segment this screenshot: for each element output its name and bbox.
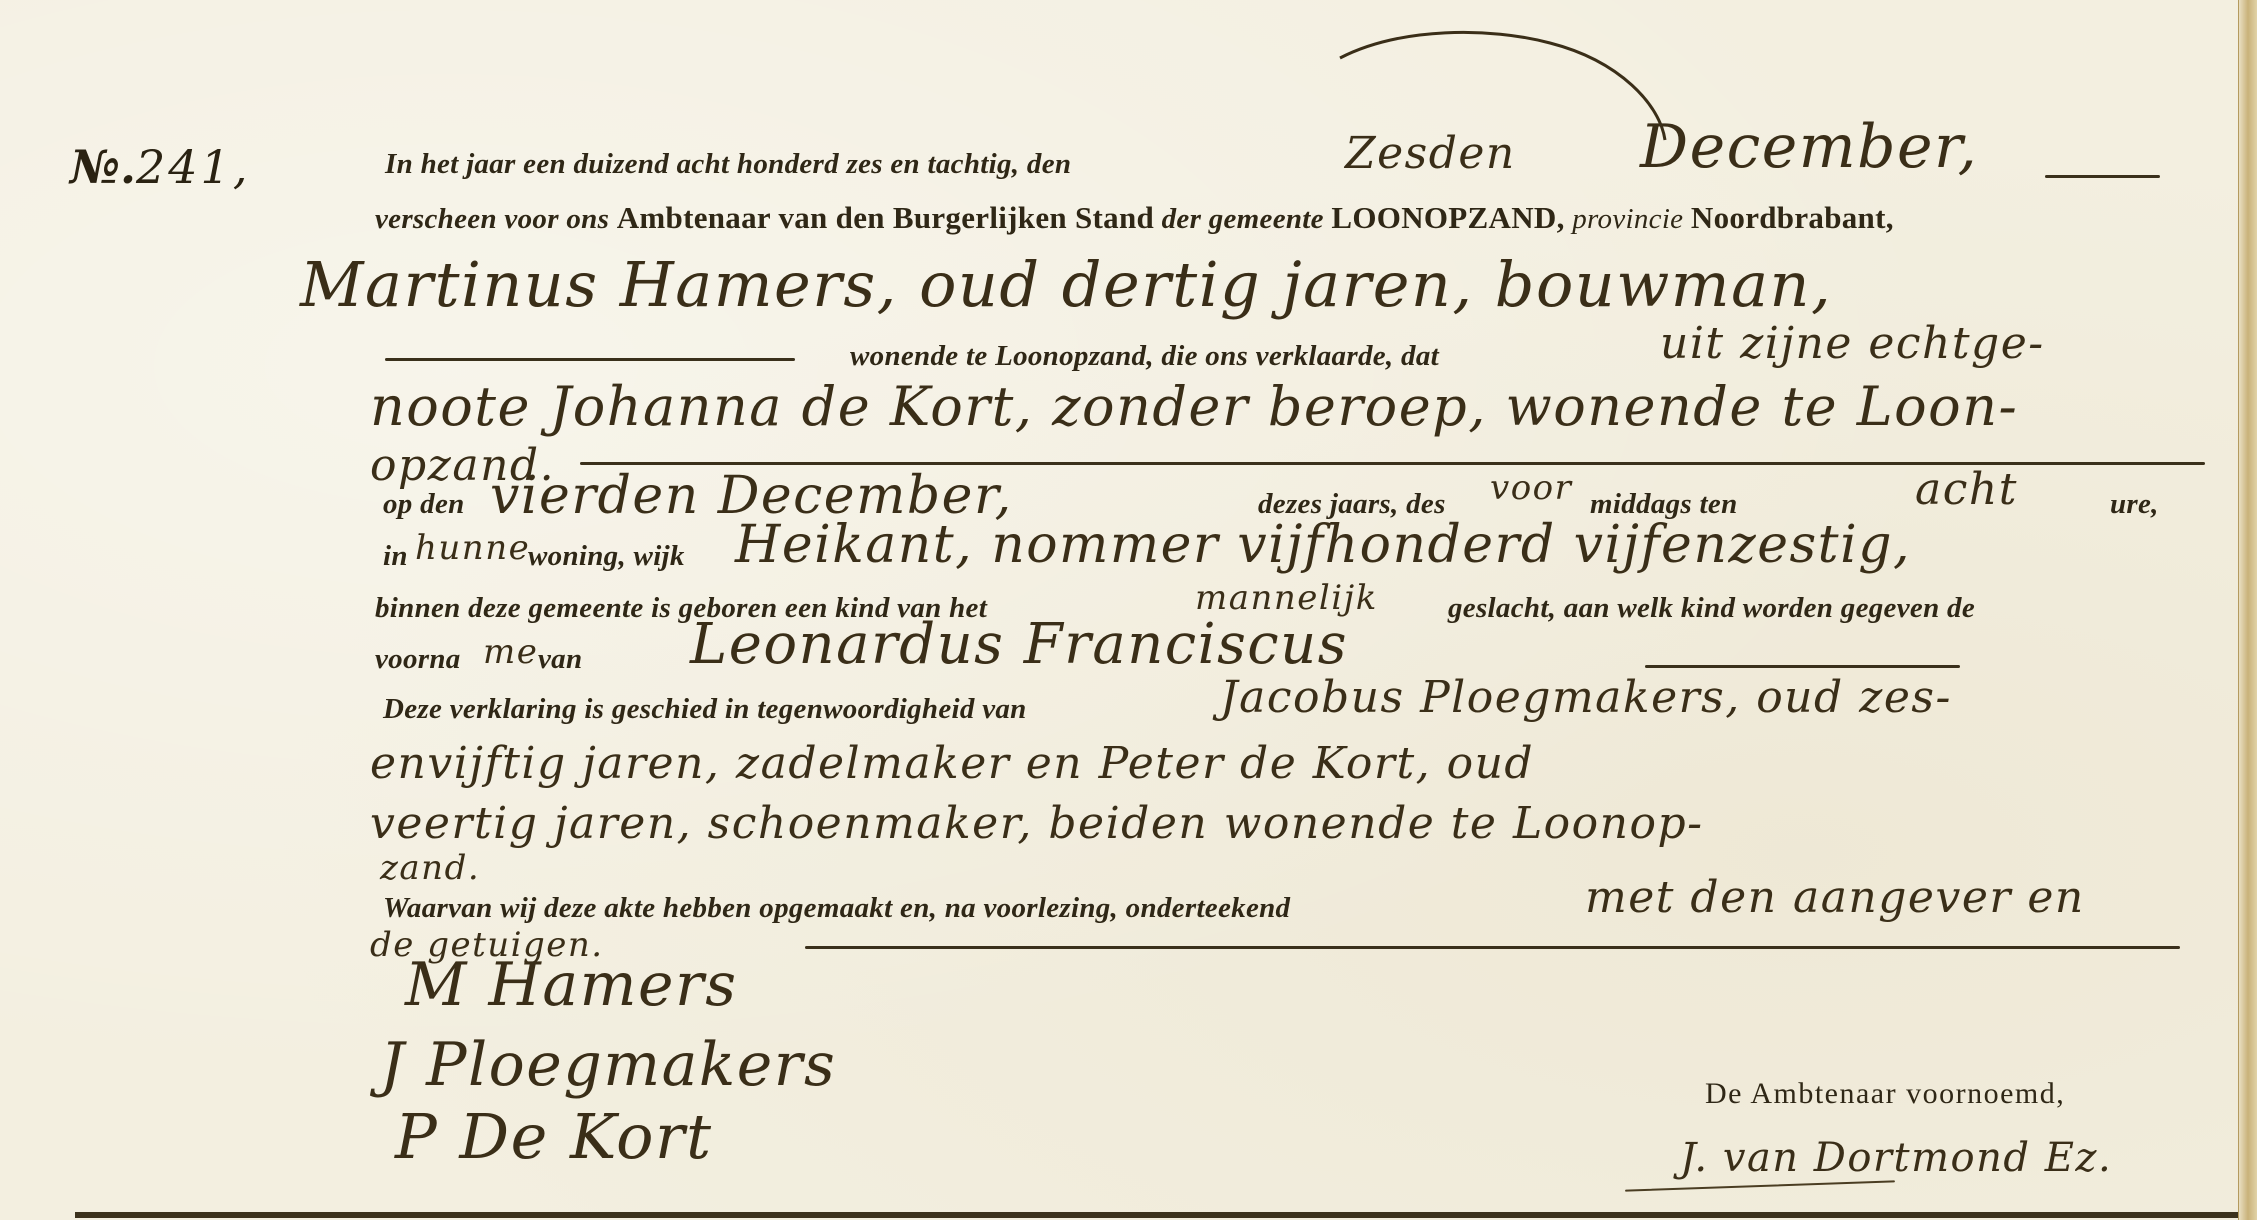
bottom-border-rule [75,1212,2240,1218]
line-15-hand: met den aangever en [1585,872,2085,923]
birth-certificate-page: №.241, In het jaar een duizend acht hond… [0,0,2257,1220]
signature-declarant: M Hamers [405,950,737,1020]
line-1-print: In het jaar een duizend acht honderd zes… [385,148,1071,181]
line-5-hand-mother: noote Johanna de Kort, zonder beroep, wo… [370,375,2018,438]
fill-rule [805,946,2180,949]
fill-rule [2045,175,2160,178]
signature-witness-1: J Ploegmakers [380,1030,836,1100]
line-13-hand: veertig jaren, schoenmaker, beiden wonen… [370,798,1704,849]
line-8-hand-a: hunne [415,528,530,568]
line-8-hand-address: Heikant, nommer vijfhonderd vijfenzestig… [735,515,1911,575]
line-2-part-b: Ambtenaar van den Burgerlijken Stand [617,200,1154,235]
fill-rule [1645,665,1960,668]
line-12-hand: envijftig jaren, zadelmaker en Peter de … [370,738,1534,789]
province-name: Noordbrabant, [1691,200,1894,235]
signature-underline [1625,1180,1895,1191]
line-9-print-b: geslacht, aan welk kind worden gegeven d… [1448,592,1975,625]
line-2-print: verscheen voor ons Ambtenaar van den Bur… [375,200,1894,236]
line-15-print: Waarvan wij deze akte hebben opgemaakt e… [383,892,1290,925]
line-7-hand-hour: acht [1915,464,2018,515]
fill-rule [385,358,795,361]
line-8-print-a: in [383,540,408,573]
child-name: Leonardus Franciscus [690,612,1348,677]
line-3-hand-declarant: Martinus Hamers, oud dertig jaren, bouwm… [300,248,1832,321]
line-10-print-a: voorna [375,643,461,676]
line-2-part-e: provincie [1572,203,1683,235]
hand-month: December, [1640,112,1978,182]
number-value: 241, [136,140,250,194]
line-11-hand-witness1: Jacobus Ploegmakers, oud zes- [1220,672,1952,723]
signature-official: J. van Dortmond Ez. [1680,1135,2112,1181]
line-4-print: wonende te Loonopzand, die ons verklaard… [850,340,1439,373]
line-2-part-a: verscheen voor ons [375,203,609,235]
line-7-hand-voor: voor [1490,468,1572,508]
line-10-hand-a: me [483,632,538,672]
line-8-print-b: woning, wijk [528,540,685,573]
official-label: De Ambtenaar voornoemd, [1705,1077,2065,1111]
line-11-print: Deze verklaring is geschied in tegenwoor… [383,693,1027,726]
line-14-hand: zand. [380,848,480,888]
page-binding-edge [2238,0,2257,1220]
line-10-print-b: van [538,643,582,676]
line-7-print-a: op den [383,488,465,521]
number-label: №. [70,140,136,194]
hand-day: Zesden [1345,128,1516,179]
signature-witness-2: P De Kort [395,1100,713,1173]
line-7-print-d: ure, [2110,488,2159,521]
line-4-hand: uit zijne echtge- [1660,318,2045,369]
municipality-name: LOONOPZAND, [1331,200,1564,235]
line-2-part-c: der gemeente [1162,203,1324,235]
record-number: №.241, [70,140,250,194]
